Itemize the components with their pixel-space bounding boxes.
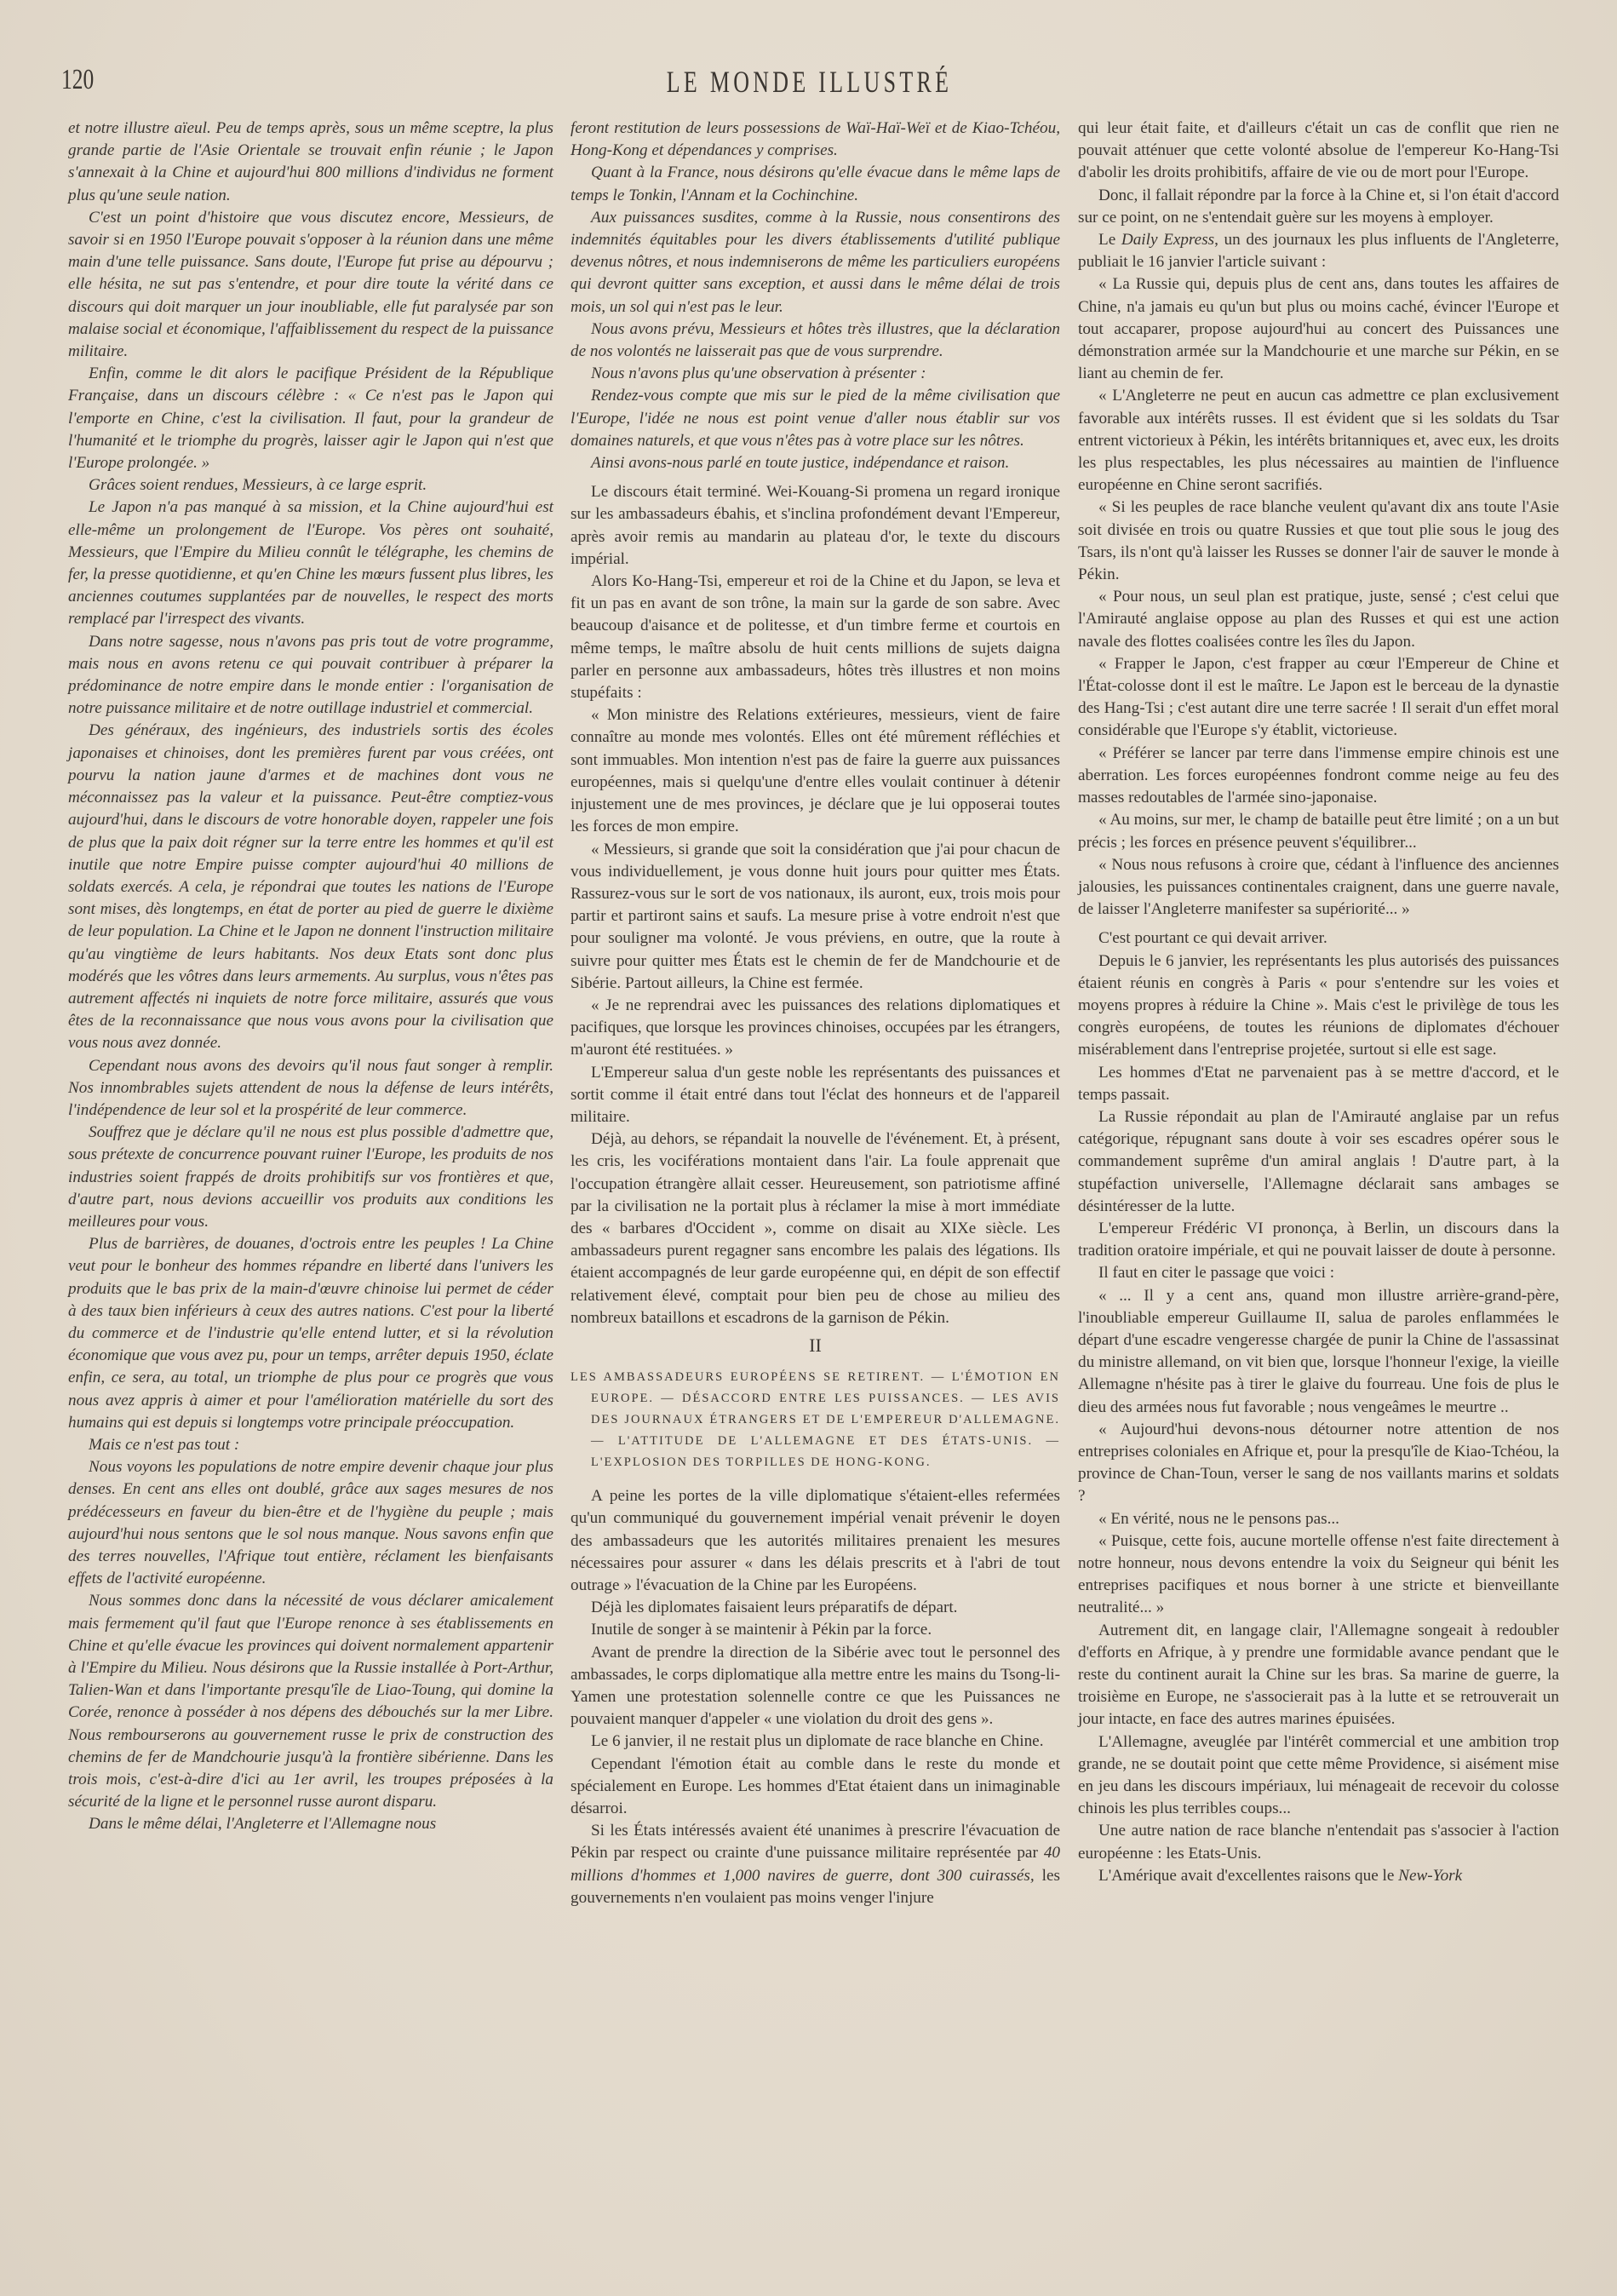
paragraph: « Au moins, sur mer, le champ de bataill…	[1078, 809, 1559, 853]
paragraph: et notre illustre aïeul. Peu de temps ap…	[68, 118, 553, 207]
paragraph: Déjà les diplomates faisaient leurs prép…	[571, 1597, 1060, 1619]
paragraph: Déjà, au dehors, se répandait la nouvell…	[571, 1128, 1060, 1329]
newspaper-name: New-York	[1398, 1867, 1462, 1885]
paragraph: Le Daily Express, un des journaux les pl…	[1078, 229, 1559, 273]
page-header: 120 LE MONDE ILLUSTRÉ	[61, 64, 1557, 106]
page-number: 120	[61, 64, 94, 96]
paragraph: Enfin, comme le dit alors le pacifique P…	[68, 363, 553, 474]
paragraph: Une autre nation de race blanche n'enten…	[1078, 1820, 1559, 1864]
paragraph: L'Allemagne, aveuglée par l'intérêt comm…	[1078, 1731, 1559, 1821]
paragraph: « Aujourd'hui devons-nous détourner notr…	[1078, 1419, 1559, 1508]
paragraph: Le discours était terminé. Wei-Kouang-Si…	[571, 481, 1060, 571]
paragraph: Cependant nous avons des devoirs qu'il n…	[68, 1055, 553, 1122]
paragraph: Des généraux, des ingénieurs, des indust…	[68, 720, 553, 1054]
paragraph: Ainsi avons-nous parlé en toute justice,…	[571, 452, 1060, 474]
paragraph: La Russie répondait au plan de l'Amiraut…	[1078, 1106, 1559, 1218]
paragraph: « Je ne reprendrai avec les puissances d…	[571, 995, 1060, 1062]
newspaper-page: 120 LE MONDE ILLUSTRÉ et notre illustre …	[0, 0, 1617, 2296]
paragraph: Quant à la France, nous désirons qu'elle…	[571, 162, 1060, 206]
text-run: L'Amérique avait d'excellentes raisons q…	[1098, 1867, 1394, 1885]
paragraph: feront restitution de leurs possessions …	[571, 118, 1060, 162]
paragraph: Cependant l'émotion était au comble dans…	[571, 1754, 1060, 1821]
paragraph: A peine les portes de la ville diplomati…	[571, 1485, 1060, 1597]
section-summary: Les ambassadeurs européens se retirent. …	[571, 1367, 1060, 1473]
paragraph: qui leur était faite, et d'ailleurs c'ét…	[1078, 118, 1559, 185]
text-run: Le	[1098, 231, 1121, 249]
paragraph: Depuis le 6 janvier, les représentants l…	[1078, 950, 1559, 1062]
paragraph: Nous n'avons plus qu'une observation à p…	[571, 363, 1060, 385]
paragraph: Dans notre sagesse, nous n'avons pas pri…	[68, 631, 553, 720]
paragraph: Mais ce n'est pas tout :	[68, 1434, 553, 1456]
paragraph: Le Japon n'a pas manqué à sa mission, et…	[68, 497, 553, 630]
paragraph: C'est un point d'histoire que vous discu…	[68, 207, 553, 363]
paragraph: « L'Angleterre ne peut en aucun cas adme…	[1078, 385, 1559, 497]
masthead-title: LE MONDE ILLUSTRÉ	[271, 64, 1348, 100]
paragraph: « ... Il y a cent ans, quand mon illustr…	[1078, 1285, 1559, 1419]
paragraph: « Pour nous, un seul plan est pratique, …	[1078, 586, 1559, 653]
paragraph: « Si les peuples de race blanche veulent…	[1078, 497, 1559, 586]
paragraph: Grâces soient rendues, Messieurs, à ce l…	[68, 474, 553, 497]
paragraph: L'empereur Frédéric VI prononça, à Berli…	[1078, 1218, 1559, 1262]
column-3: qui leur était faite, et d'ailleurs c'ét…	[1078, 118, 1559, 1887]
paragraph: Si les États intéressés avaient été unan…	[571, 1820, 1060, 1909]
paragraph: Les hommes d'Etat ne parvenaient pas à s…	[1078, 1062, 1559, 1106]
paragraph: Nous voyons les populations de notre emp…	[68, 1456, 553, 1590]
paragraph: Plus de barrières, de douanes, d'octrois…	[68, 1233, 553, 1434]
paragraph: Souffrez que je déclare qu'il ne nous es…	[68, 1122, 553, 1233]
paragraph: Le 6 janvier, il ne restait plus un dipl…	[571, 1731, 1060, 1753]
paragraph: Nous avons prévu, Messieurs et hôtes trè…	[571, 319, 1060, 363]
paragraph: Dans le même délai, l'Angleterre et l'Al…	[68, 1813, 553, 1835]
paragraph: Rendez-vous compte que mis sur le pied d…	[571, 385, 1060, 452]
column-2: feront restitution de leurs possessions …	[571, 118, 1060, 1909]
text-run: Si les États intéressés avaient été unan…	[571, 1822, 1060, 1862]
paragraph: Avant de prendre la direction de la Sibé…	[571, 1642, 1060, 1731]
paragraph: « Nous nous refusons à croire que, cédan…	[1078, 854, 1559, 921]
paragraph: Aux puissances susdites, comme à la Russ…	[571, 207, 1060, 319]
paragraph: « Préférer se lancer par terre dans l'im…	[1078, 743, 1559, 810]
paragraph: Autrement dit, en langage clair, l'Allem…	[1078, 1620, 1559, 1731]
paragraph: « En vérité, nous ne le pensons pas...	[1078, 1508, 1559, 1530]
paragraph: Donc, il fallait répondre par la force à…	[1078, 185, 1559, 229]
paragraph: « Frapper le Japon, c'est frapper au cœu…	[1078, 653, 1559, 743]
paragraph: « Puisque, cette fois, aucune mortelle o…	[1078, 1530, 1559, 1620]
paragraph: Alors Ko-Hang-Tsi, empereur et roi de la…	[571, 571, 1060, 704]
paragraph: « La Russie qui, depuis plus de cent ans…	[1078, 273, 1559, 385]
paragraph: L'Empereur salua d'un geste noble les re…	[571, 1062, 1060, 1129]
column-1: et notre illustre aïeul. Peu de temps ap…	[68, 118, 553, 1836]
section-number: II	[571, 1335, 1060, 1357]
paragraph: « Messieurs, si grande que soit la consi…	[571, 839, 1060, 995]
paragraph: Il faut en citer le passage que voici :	[1078, 1262, 1559, 1284]
paragraph: Nous sommes donc dans la nécessité de vo…	[68, 1590, 553, 1813]
paragraph: C'est pourtant ce qui devait arriver.	[1078, 927, 1559, 950]
paragraph: Inutile de songer à se maintenir à Pékin…	[571, 1619, 1060, 1641]
paragraph: L'Amérique avait d'excellentes raisons q…	[1078, 1865, 1559, 1887]
newspaper-name: Daily Express	[1121, 231, 1214, 249]
paragraph: « Mon ministre des Relations extérieures…	[571, 704, 1060, 838]
